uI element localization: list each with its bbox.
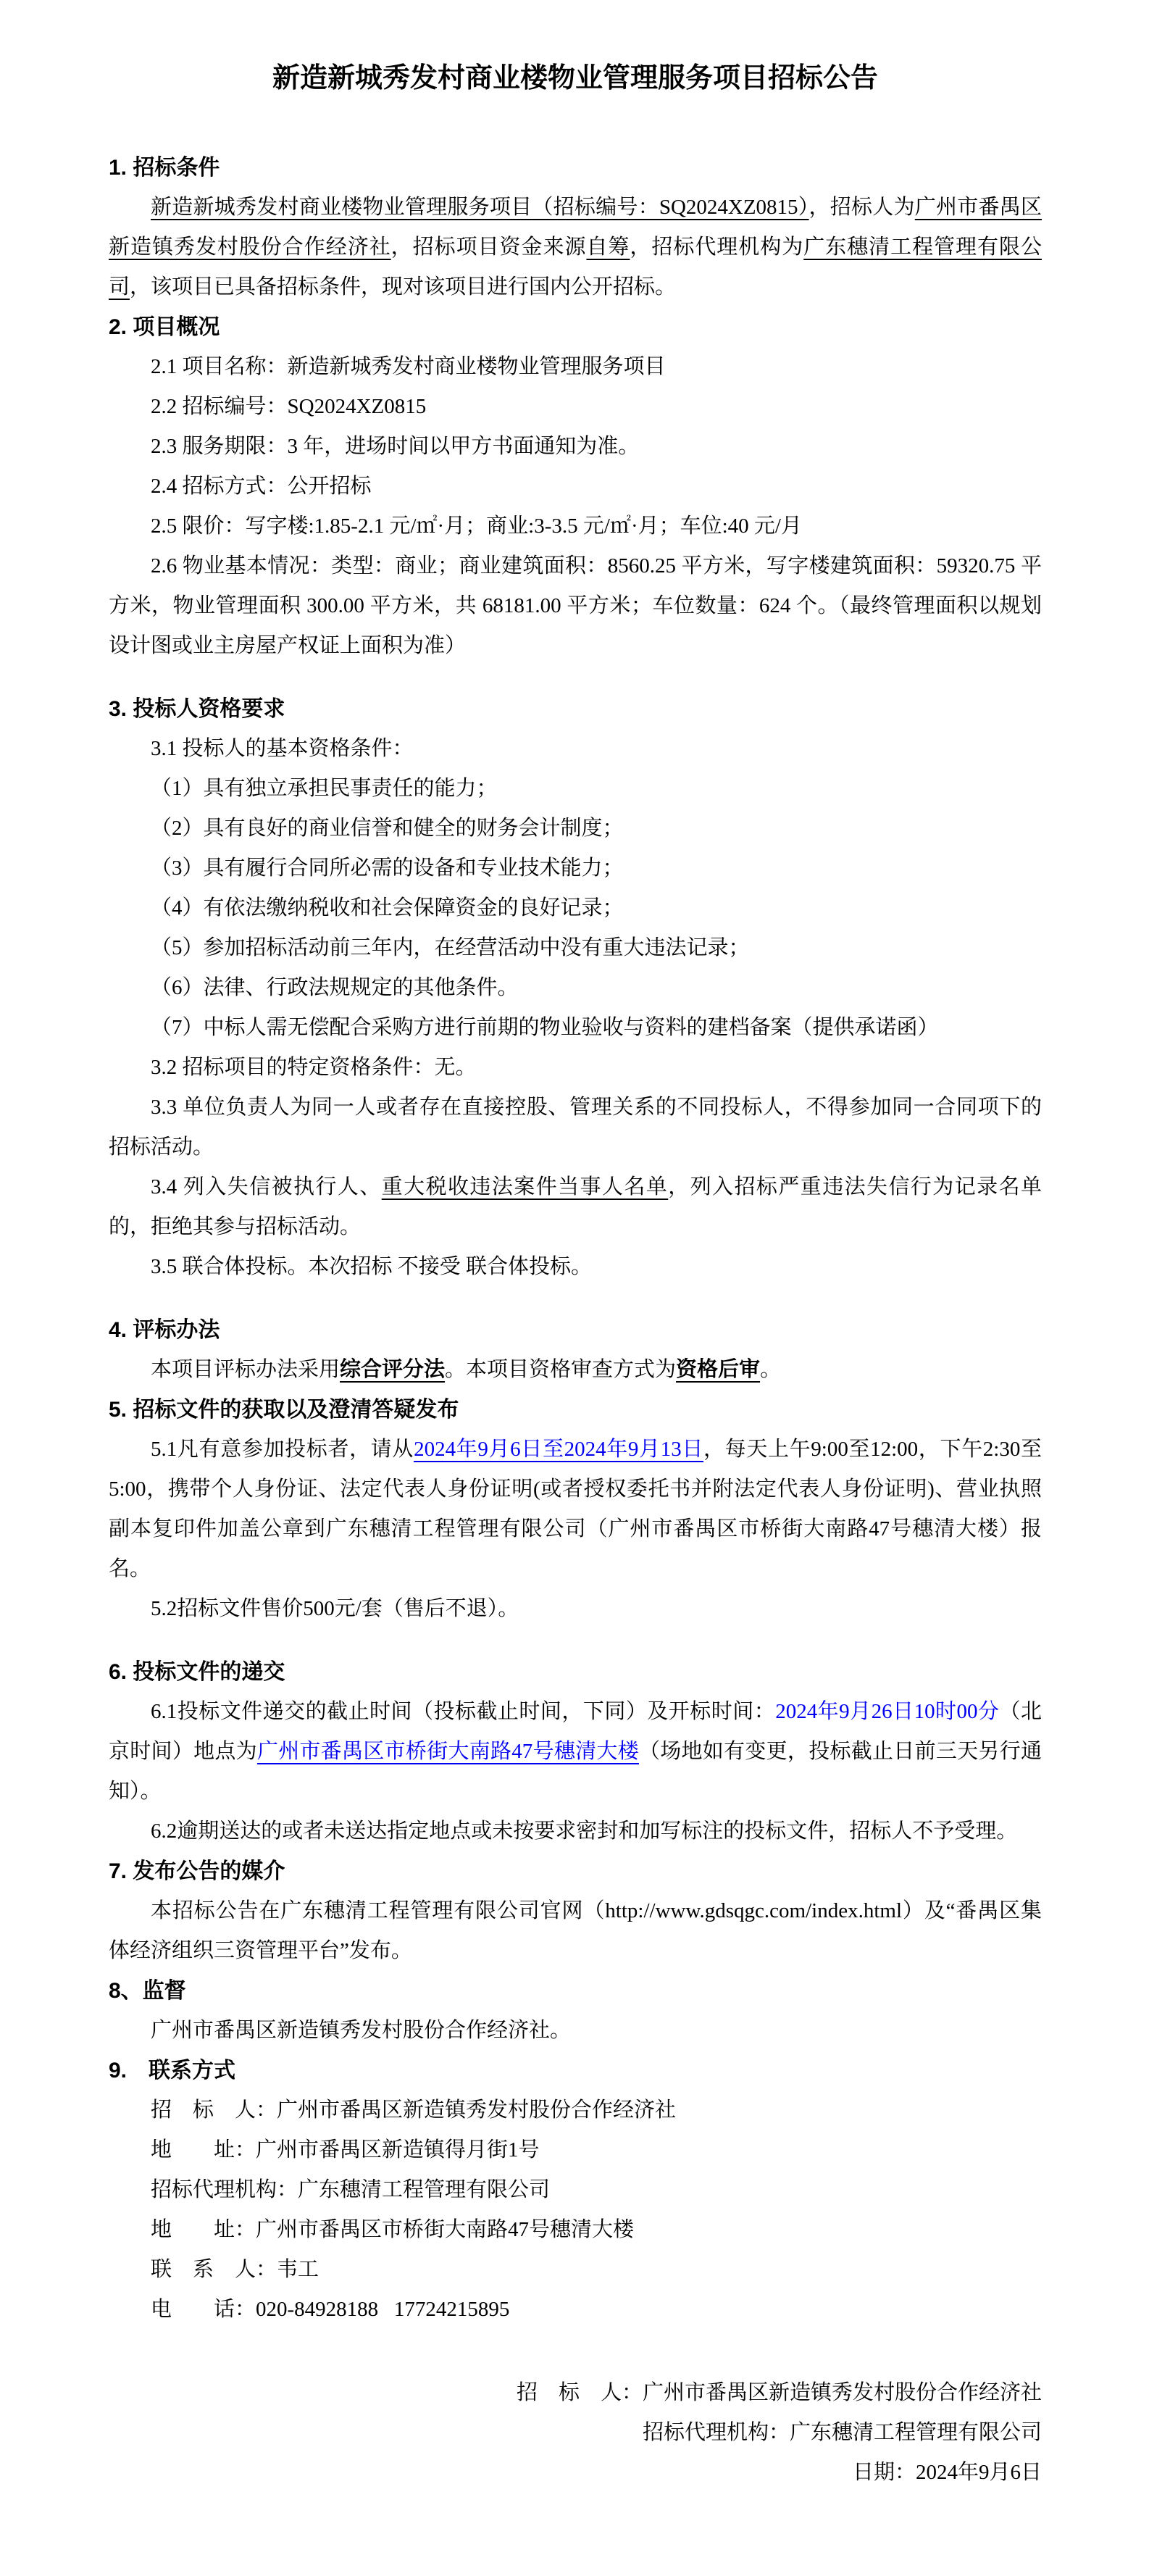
footer-bidder-line: 招 标 人：广州市番禺区新造镇秀发村股份合作经济社 [109, 2373, 1042, 2413]
dishonesty-list-item: 3.4 列入失信被执行人、重大税收违法案件当事人名单，列入招标严重违法失信行为记… [109, 1167, 1042, 1247]
qualification-item-1: （1）具有独立承担民事责任的能力； [109, 769, 1042, 809]
tender-number-item: 2.2 招标编号：SQ2024XZ0815 [109, 387, 1042, 427]
section-2-heading: 2. 项目概况 [109, 307, 1042, 347]
consortium-bid-item: 3.5 联合体投标。本次招标 不接受 联合体投标。 [109, 1247, 1042, 1287]
footer-date-line: 日期：2024年9月6日 [109, 2453, 1042, 2493]
qualification-item-5: （5）参加招标活动前三年内，在经营活动中没有重大违法记录； [109, 928, 1042, 968]
footer-agency-line: 招标代理机构：广东穗清工程管理有限公司 [109, 2413, 1042, 2453]
text-run: ，招标代理机构为 [630, 235, 803, 259]
bid-opening-datetime: 2024年9月26日10时00分 [775, 1700, 999, 1723]
tender-method-item: 2.4 招标方式：公开招标 [109, 467, 1042, 507]
text-run: 。 [760, 1358, 781, 1381]
section-9-heading: 9. 联系方式 [109, 2051, 1042, 2091]
qualification-item-3: （3）具有履行合同所必需的设备和专业技术能力； [109, 849, 1042, 888]
text-run: 6.1投标文件递交的截止时间（投标截止时间，下同）及开标时间： [151, 1700, 775, 1723]
contact-bidder-line: 招 标 人：广州市番禺区新造镇秀发村股份合作经济社 [109, 2091, 1042, 2130]
text-run: ，招标项目资金来源 [391, 235, 587, 259]
section-6-heading: 6. 投标文件的递交 [109, 1652, 1042, 1692]
section-1-paragraph: 新造新城秀发村商业楼物业管理服务项目（招标编号：SQ2024XZ0815），招标… [109, 188, 1042, 307]
project-name-item: 2.1 项目名称：新造新城秀发村商业楼物业管理服务项目 [109, 347, 1042, 387]
contact-address2-line: 地 址：广州市番禺区市桥街大南路47号穗清大楼 [109, 2210, 1042, 2250]
section-8-heading: 8、监督 [109, 1971, 1042, 2011]
qualification-intro: 3.1 投标人的基本资格条件： [109, 729, 1042, 769]
text-run: 5.1凡有意参加投标者，请从 [151, 1438, 414, 1461]
signature-block: 招 标 人：广州市番禺区新造镇秀发村股份合作经济社 招标代理机构：广东穗清工程管… [109, 2373, 1042, 2493]
announcement-media-paragraph: 本招标公告在广东穗清工程管理有限公司官网（http://www.gdsqgc.c… [109, 1891, 1042, 1971]
funding-source: 自筹 [586, 235, 630, 259]
same-person-rule-item: 3.3 单位负责人为同一人或者存在直接控股、管理关系的不同投标人，不得参加同一合… [109, 1088, 1042, 1167]
section-7-heading: 7. 发布公告的媒介 [109, 1851, 1042, 1891]
text-run: 本项目评标办法采用 [151, 1358, 340, 1381]
specific-qualification-item: 3.2 招标项目的特定资格条件：无。 [109, 1048, 1042, 1088]
text-run: 3.4 列入失信被执行人、 [151, 1175, 382, 1199]
qualification-item-2: （2）具有良好的商业信誉和健全的财务会计制度； [109, 809, 1042, 849]
tender-announcement-document: 新造新城秀发村商业楼物业管理服务项目招标公告 1. 招标条件 新造新城秀发村商业… [0, 0, 1149, 2576]
contact-person-line: 联 系 人：韦工 [109, 2250, 1042, 2290]
page-title: 新造新城秀发村商业楼物业管理服务项目招标公告 [109, 57, 1042, 100]
evaluation-method-paragraph: 本项目评标办法采用综合评分法。本项目资格审查方式为资格后审。 [109, 1350, 1042, 1390]
qualification-item-7: （7）中标人需无偿配合采购方进行前期的物业验收与资料的建档备案（提供承诺函） [109, 1008, 1042, 1048]
section-1-heading: 1. 招标条件 [109, 148, 1042, 188]
text-run: ，该项目已具备招标条件，现对该项目进行国内公开招标。 [130, 275, 676, 299]
qualification-item-4: （4）有依法缴纳税收和社会保障资金的良好记录； [109, 888, 1042, 928]
evaluation-method-name: 综合评分法 [340, 1358, 445, 1381]
qualification-review-method: 资格后审 [676, 1358, 760, 1381]
project-name-and-tender-number: 新造新城秀发村商业楼物业管理服务项目（招标编号：SQ2024XZ0815） [151, 196, 809, 219]
service-period-item: 2.3 服务期限：3 年，进场时间以甲方书面通知为准。 [109, 427, 1042, 467]
text-run: ，招标人为 [809, 196, 915, 219]
submission-deadline-paragraph: 6.1投标文件递交的截止时间（投标截止时间，下同）及开标时间：2024年9月26… [109, 1692, 1042, 1812]
price-limit-item: 2.5 限价：写字楼:1.85-2.1 元/㎡·月；商业:3-3.5 元/㎡·月… [109, 507, 1042, 546]
tax-violation-list-phrase: 重大税收违法案件当事人名单 [382, 1175, 669, 1199]
text-run: 。本项目资格审查方式为 [445, 1358, 676, 1381]
qualification-item-6: （6）法律、行政法规规定的其他条件。 [109, 968, 1042, 1008]
late-submission-paragraph: 6.2逾期送达的或者未送达指定地点或未按要求密封和加写标注的投标文件，招标人不予… [109, 1812, 1042, 1851]
section-5-heading: 5. 招标文件的获取以及澄清答疑发布 [109, 1390, 1042, 1430]
contact-phone-line: 电 话：020-84928188 17724215895 [109, 2290, 1042, 2330]
document-obtain-paragraph: 5.1凡有意参加投标者，请从2024年9月6日至2024年9月13日，每天上午9… [109, 1430, 1042, 1589]
property-basic-info-item: 2.6 物业基本情况：类型：商业；商业建筑面积：8560.25 平方米，写字楼建… [109, 546, 1042, 666]
section-3-heading: 3. 投标人资格要求 [109, 689, 1042, 729]
registration-date-range: 2024年9月6日至2024年9月13日 [414, 1438, 703, 1461]
document-price-paragraph: 5.2招标文件售价500元/套（售后不退）。 [109, 1589, 1042, 1629]
bid-opening-address: 广州市番禺区市桥街大南路47号穗清大楼 [257, 1740, 639, 1763]
section-4-heading: 4. 评标办法 [109, 1310, 1042, 1350]
contact-agency-line: 招标代理机构：广东穗清工程管理有限公司 [109, 2170, 1042, 2210]
contact-address1-line: 地 址：广州市番禺区新造镇得月街1号 [109, 2130, 1042, 2170]
supervision-paragraph: 广州市番禺区新造镇秀发村股份合作经济社。 [109, 2011, 1042, 2051]
